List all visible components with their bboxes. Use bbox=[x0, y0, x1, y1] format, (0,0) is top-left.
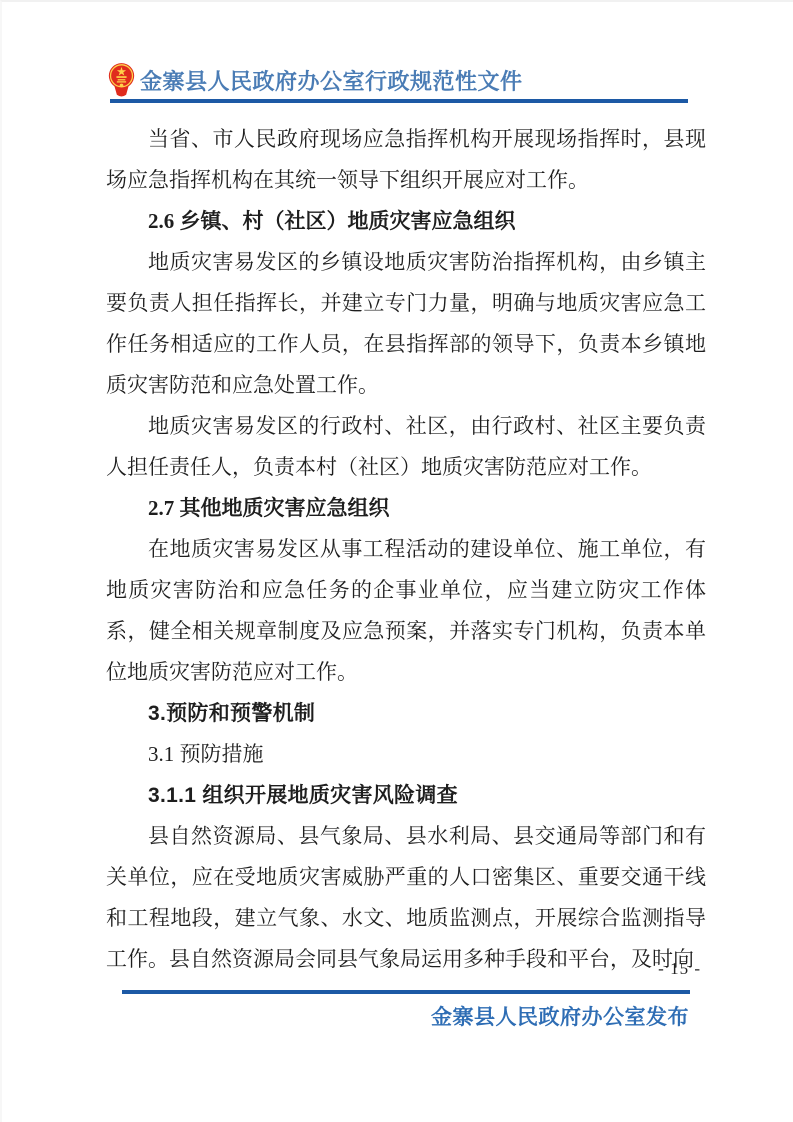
document-footer: 金寨县人民政府办公室发布 bbox=[431, 1001, 689, 1031]
page-number: - 15 - bbox=[658, 959, 701, 979]
section-heading: 3.预防和预警机制 bbox=[106, 693, 706, 734]
section-heading: 3.1 预防措施 bbox=[106, 734, 706, 775]
paragraph: 县自然资源局、县气象局、县水利局、县交通局等部门和有关单位，应在受地质灾害威胁严… bbox=[106, 816, 706, 980]
document-body: 当省、市人民政府现场应急指挥机构开展现场指挥时，县现场应急指挥机构在其统一领导下… bbox=[106, 119, 706, 980]
section-heading: 3.1.1 组织开展地质灾害风险调查 bbox=[106, 775, 706, 816]
paragraph: 在地质灾害易发区从事工程活动的建设单位、施工单位，有地质灾害防治和应急任务的企事… bbox=[106, 529, 706, 693]
paragraph: 地质灾害易发区的行政村、社区，由行政村、社区主要负责人担任责任人，负责本村（社区… bbox=[106, 406, 706, 488]
section-heading: 2.7 其他地质灾害应急组织 bbox=[106, 488, 706, 529]
paragraph: 当省、市人民政府现场应急指挥机构开展现场指挥时，县现场应急指挥机构在其统一领导下… bbox=[106, 119, 706, 201]
section-heading: 2.6 乡镇、村（社区）地质灾害应急组织 bbox=[106, 201, 706, 242]
header-rule bbox=[110, 99, 688, 103]
publisher-text: 金寨县人民政府办公室发布 bbox=[431, 1006, 689, 1029]
document-page: 金寨县人民政府办公室行政规范性文件 当省、市人民政府现场应急指挥机构开展现场指挥… bbox=[0, 0, 793, 1122]
national-emblem-icon bbox=[108, 61, 135, 99]
document-header: 金寨县人民政府办公室行政规范性文件 bbox=[108, 61, 523, 99]
footer-rule bbox=[122, 990, 690, 994]
paragraph: 地质灾害易发区的乡镇设地质灾害防治指挥机构，由乡镇主要负责人担任指挥长，并建立专… bbox=[106, 242, 706, 406]
header-title: 金寨县人民政府办公室行政规范性文件 bbox=[140, 65, 523, 96]
